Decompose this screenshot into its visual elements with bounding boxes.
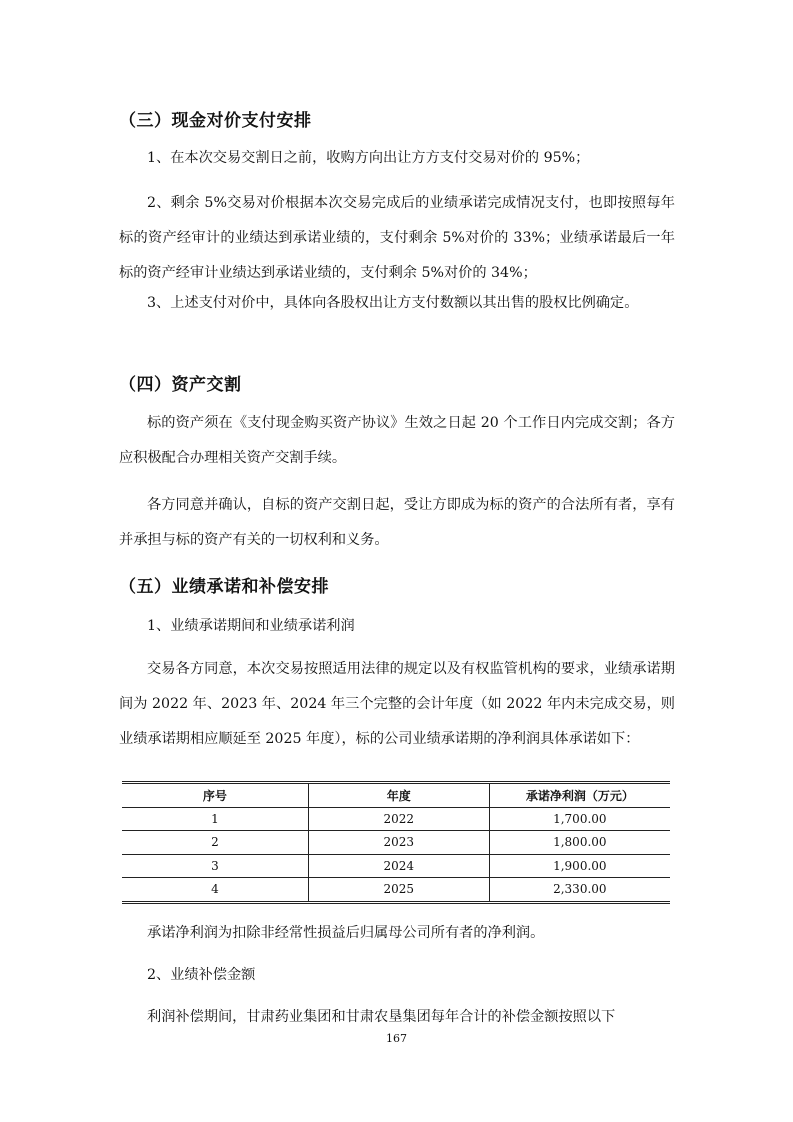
paragraph: 3、上述支付对价中，具体向各股权出让方支付数额以其出售的股权比例确定。 <box>119 286 675 321</box>
table-cell: 2023 <box>308 831 489 855</box>
table-cell: 2,330.00 <box>489 878 670 903</box>
table-row: 3 2024 1,900.00 <box>122 854 670 878</box>
table-cell: 3 <box>122 854 308 878</box>
subheading: 1、业绩承诺期间和业绩承诺利润 <box>119 609 675 644</box>
table-cell: 2025 <box>308 878 489 903</box>
paragraph: 利润补偿期间，甘肃药业集团和甘肃农垦集团每年合计的补偿金额按照以下 <box>119 1000 675 1035</box>
table-row: 4 2025 2,330.00 <box>122 878 670 903</box>
paragraph: 各方同意并确认，自标的资产交割日起，受让方即成为标的资产的合法所有者，享有并承担… <box>119 488 675 558</box>
table-cell: 2024 <box>308 854 489 878</box>
table-header-row: 序号 年度 承诺净利润（万元） <box>122 783 670 808</box>
paragraph: 2、剩余 5%交易对价根据本次交易完成后的业绩承诺完成情况支付，也即按照每年标的… <box>119 186 675 291</box>
document-page: （三）现金对价支付安排 1、在本次交易交割日之前，收购方向出让方方支付交易对价的… <box>0 0 793 1122</box>
paragraph-note: 承诺净利润为扣除非经常性损益后归属母公司所有者的净利润。 <box>119 916 675 951</box>
column-header: 承诺净利润（万元） <box>489 783 670 808</box>
table-cell: 2 <box>122 831 308 855</box>
paragraph: 交易各方同意，本次交易按照适用法律的规定以及有权监管机构的要求，业绩承诺期间为 … <box>119 652 675 757</box>
table-cell: 4 <box>122 878 308 903</box>
profit-commitment-table: 序号 年度 承诺净利润（万元） 1 2022 1,700.00 2 2023 1… <box>122 781 670 904</box>
section-heading-performance-commitment: （五）业绩承诺和补偿安排 <box>119 572 329 597</box>
table-row: 1 2022 1,700.00 <box>122 807 670 831</box>
subheading: 2、业绩补偿金额 <box>119 958 675 993</box>
table-cell: 2022 <box>308 807 489 831</box>
section-heading-cash-payment: （三）现金对价支付安排 <box>119 106 312 131</box>
paragraph: 标的资产须在《支付现金购买资产协议》生效之日起 20 个工作日内完成交割；各方应… <box>119 406 675 476</box>
page-number: 167 <box>0 1032 793 1045</box>
section-heading-asset-delivery: （四）资产交割 <box>119 370 242 395</box>
column-header: 年度 <box>308 783 489 808</box>
column-header: 序号 <box>122 783 308 808</box>
table-cell: 1,800.00 <box>489 831 670 855</box>
paragraph: 1、在本次交易交割日之前，收购方向出让方方支付交易对价的 95%； <box>119 141 675 176</box>
table-cell: 1,700.00 <box>489 807 670 831</box>
table-row: 2 2023 1,800.00 <box>122 831 670 855</box>
table-cell: 1,900.00 <box>489 854 670 878</box>
table-cell: 1 <box>122 807 308 831</box>
